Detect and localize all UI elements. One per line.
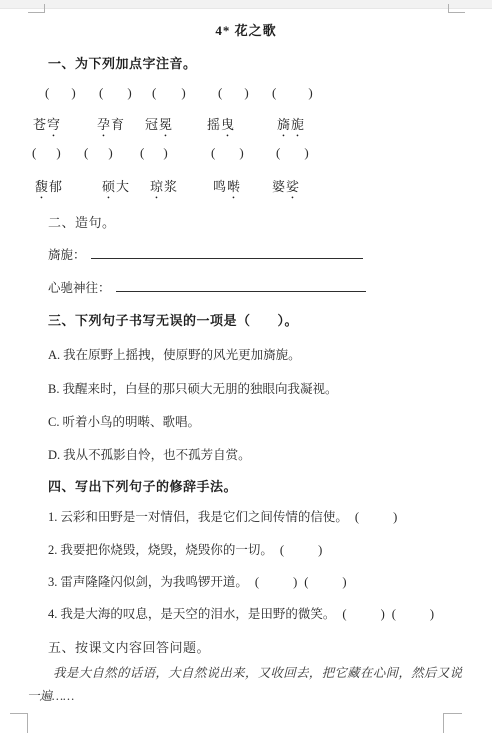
page-corner-mark-bottom-left	[10, 713, 28, 733]
option-label: D.	[48, 448, 60, 462]
close-paren: )	[318, 543, 322, 557]
worksheet-page: 4* 花之歌 一、为下列加点字注音。 () () () () () 苍穹 孕育 …	[0, 0, 492, 756]
option-line: C.听着小鸟的明啭、歌唱。	[48, 412, 200, 430]
question-line: 4.我是大海的叹息，是天空的泪水，是田野的微笑。()()	[48, 604, 434, 622]
pinyin-word: 硕大	[102, 176, 130, 195]
pinyin-word: 孕育	[97, 114, 125, 133]
close-paren: )	[56, 145, 60, 160]
question-text: 雷声隆隆闪似剑，为我鸣锣开道。	[60, 575, 248, 589]
option-label: C.	[48, 415, 59, 429]
open-paren: (	[152, 85, 156, 100]
answer-parens[interactable]: ()	[355, 510, 397, 524]
answer-parens[interactable]: ()	[392, 607, 434, 621]
answer-parens[interactable]: ()	[140, 145, 168, 161]
open-paren: (	[355, 510, 359, 524]
answer-parens[interactable]: ()	[342, 607, 384, 621]
question-text: 云彩和田野是一对情侣，我是它们之间传情的信使。	[60, 510, 348, 524]
word-char: 鸣	[213, 176, 227, 195]
option-text: 听着小鸟的明啭、歌唱。	[62, 415, 200, 429]
pinyin-word: 苍穹	[33, 114, 61, 133]
open-paren: (	[255, 575, 259, 589]
page-corner-mark-top-right	[448, 4, 465, 13]
question-text: 我是大海的叹息，是天空的泪水，是田野的微笑。	[60, 607, 335, 621]
open-paren: (	[218, 85, 222, 100]
option-line: A.我在原野上摇拽，使原野的风光更加旖旎。	[48, 345, 301, 363]
word-char-dotted: 冕	[159, 114, 173, 133]
close-paren: )	[430, 607, 434, 621]
pinyin-word: 琼浆	[150, 176, 178, 195]
open-paren: (	[392, 607, 396, 621]
word-char-dotted: 娑	[286, 176, 300, 195]
word-char-dotted: 馥	[35, 176, 49, 195]
word-char: 摇	[207, 114, 221, 133]
question-line: 1.云彩和田野是一对情侣，我是它们之间传情的信使。()	[48, 507, 397, 525]
pinyin-word: 摇曳	[207, 114, 235, 133]
word-char: 冠	[145, 114, 159, 133]
close-paren: )	[163, 145, 167, 160]
open-paren: (	[45, 85, 49, 100]
page-corner-mark-top-left	[28, 4, 45, 13]
pinyin-word: 馥郁	[35, 176, 63, 195]
pinyin-word: 冠冕	[145, 114, 173, 133]
question-number: 3.	[48, 575, 57, 589]
word-char: 育	[111, 114, 125, 133]
open-paren: (	[32, 145, 36, 160]
word-char: 大	[116, 176, 130, 195]
answer-parens[interactable]: ()	[45, 85, 76, 101]
lesson-title: 4* 花之歌	[0, 20, 492, 39]
word-char: 郁	[49, 176, 63, 195]
word-char: 浆	[164, 176, 178, 195]
option-label: A.	[48, 348, 60, 362]
open-paren: (	[272, 85, 276, 100]
open-paren: (	[276, 145, 280, 160]
option-label: B.	[48, 382, 59, 396]
answer-parens[interactable]: ()	[280, 543, 322, 557]
answer-parens[interactable]: ()	[84, 145, 113, 161]
word-char-dotted: 硕	[102, 176, 116, 195]
close-paren: )	[342, 575, 346, 589]
page-corner-mark-bottom-right	[443, 713, 462, 733]
answer-parens[interactable]: ()	[255, 575, 297, 589]
open-paren: (	[84, 145, 88, 160]
sentence-blank-line: 心驰神往：	[48, 278, 366, 296]
word-char-dotted: 旎	[291, 114, 305, 133]
question-line: 2.我要把你烧毁，烧毁，烧毁你的一切。()	[48, 540, 322, 558]
word-char-dotted: 孕	[97, 114, 111, 133]
pinyin-word: 婆娑	[272, 176, 300, 195]
word-char-dotted: 曳	[221, 114, 235, 133]
pinyin-word: 旖旎	[277, 114, 305, 133]
blank-label: 旖旎：	[48, 248, 86, 262]
close-paren: )	[381, 607, 385, 621]
open-paren: (	[140, 145, 144, 160]
close-paren: )	[244, 85, 248, 100]
section-1-heading: 一、为下列加点字注音。	[48, 53, 197, 72]
word-char-dotted: 旖	[277, 114, 291, 133]
question-number: 1.	[48, 510, 57, 524]
close-paren: )	[108, 145, 112, 160]
word-char: 苍	[33, 114, 47, 133]
question-number: 2.	[48, 543, 57, 557]
answer-parens[interactable]: ()	[218, 85, 249, 101]
section-4-heading: 四、写出下列句子的修辞手法。	[48, 476, 237, 495]
option-line: B.我醒来时，白昼的那只硕大无朋的独眼向我凝视。	[48, 379, 337, 397]
answer-parens[interactable]: ()	[32, 145, 61, 161]
option-line: D.我从不孤影自怜，也不孤芳自赏。	[48, 445, 251, 463]
section-3-heading: 三、下列句子书写无误的一项是（ ）。	[48, 310, 298, 329]
answer-parens[interactable]: ()	[276, 145, 309, 161]
close-paren: )	[127, 85, 131, 100]
word-char: 婆	[272, 176, 286, 195]
close-paren: )	[393, 510, 397, 524]
option-text: 我在原野上摇拽，使原野的风光更加旖旎。	[63, 348, 301, 362]
open-paren: (	[280, 543, 284, 557]
close-paren: )	[293, 575, 297, 589]
answer-parens[interactable]: ()	[152, 85, 186, 101]
answer-parens[interactable]: ()	[211, 145, 244, 161]
section-2-heading: 二、造句。	[48, 212, 116, 231]
open-paren: (	[211, 145, 215, 160]
passage-text: 我是大自然的话语，大自然说出来，又收回去，把它藏在心间，然后又说一遍……	[27, 662, 462, 708]
option-text: 我从不孤影自怜，也不孤芳自赏。	[63, 448, 251, 462]
pinyin-word: 鸣啭	[213, 176, 241, 195]
word-char-dotted: 啭	[227, 176, 241, 195]
close-paren: )	[239, 145, 243, 160]
answer-blank-line[interactable]	[91, 245, 363, 259]
page-top-strip	[0, 0, 492, 9]
open-paren: (	[99, 85, 103, 100]
close-paren: )	[308, 85, 312, 100]
section-5-heading: 五、按课文内容回答问题。	[48, 637, 210, 656]
question-text: 我要把你烧毁，烧毁，烧毁你的一切。	[60, 543, 273, 557]
open-paren: (	[342, 607, 346, 621]
word-char-dotted: 琼	[150, 176, 164, 195]
sentence-blank-line: 旖旎：	[48, 245, 363, 263]
close-paren: )	[71, 85, 75, 100]
answer-blank-line[interactable]	[116, 278, 366, 292]
blank-label: 心驰神往：	[48, 281, 111, 295]
open-paren: (	[304, 575, 308, 589]
word-char-dotted: 穹	[47, 114, 61, 133]
option-text: 我醒来时，白昼的那只硕大无朋的独眼向我凝视。	[62, 382, 337, 396]
close-paren: )	[304, 145, 308, 160]
question-number: 4.	[48, 607, 57, 621]
close-paren: )	[181, 85, 185, 100]
answer-parens[interactable]: ()	[272, 85, 313, 101]
answer-parens[interactable]: ()	[304, 575, 346, 589]
question-line: 3.雷声隆隆闪似剑，为我鸣锣开道。()()	[48, 572, 347, 590]
answer-parens[interactable]: ()	[99, 85, 132, 101]
